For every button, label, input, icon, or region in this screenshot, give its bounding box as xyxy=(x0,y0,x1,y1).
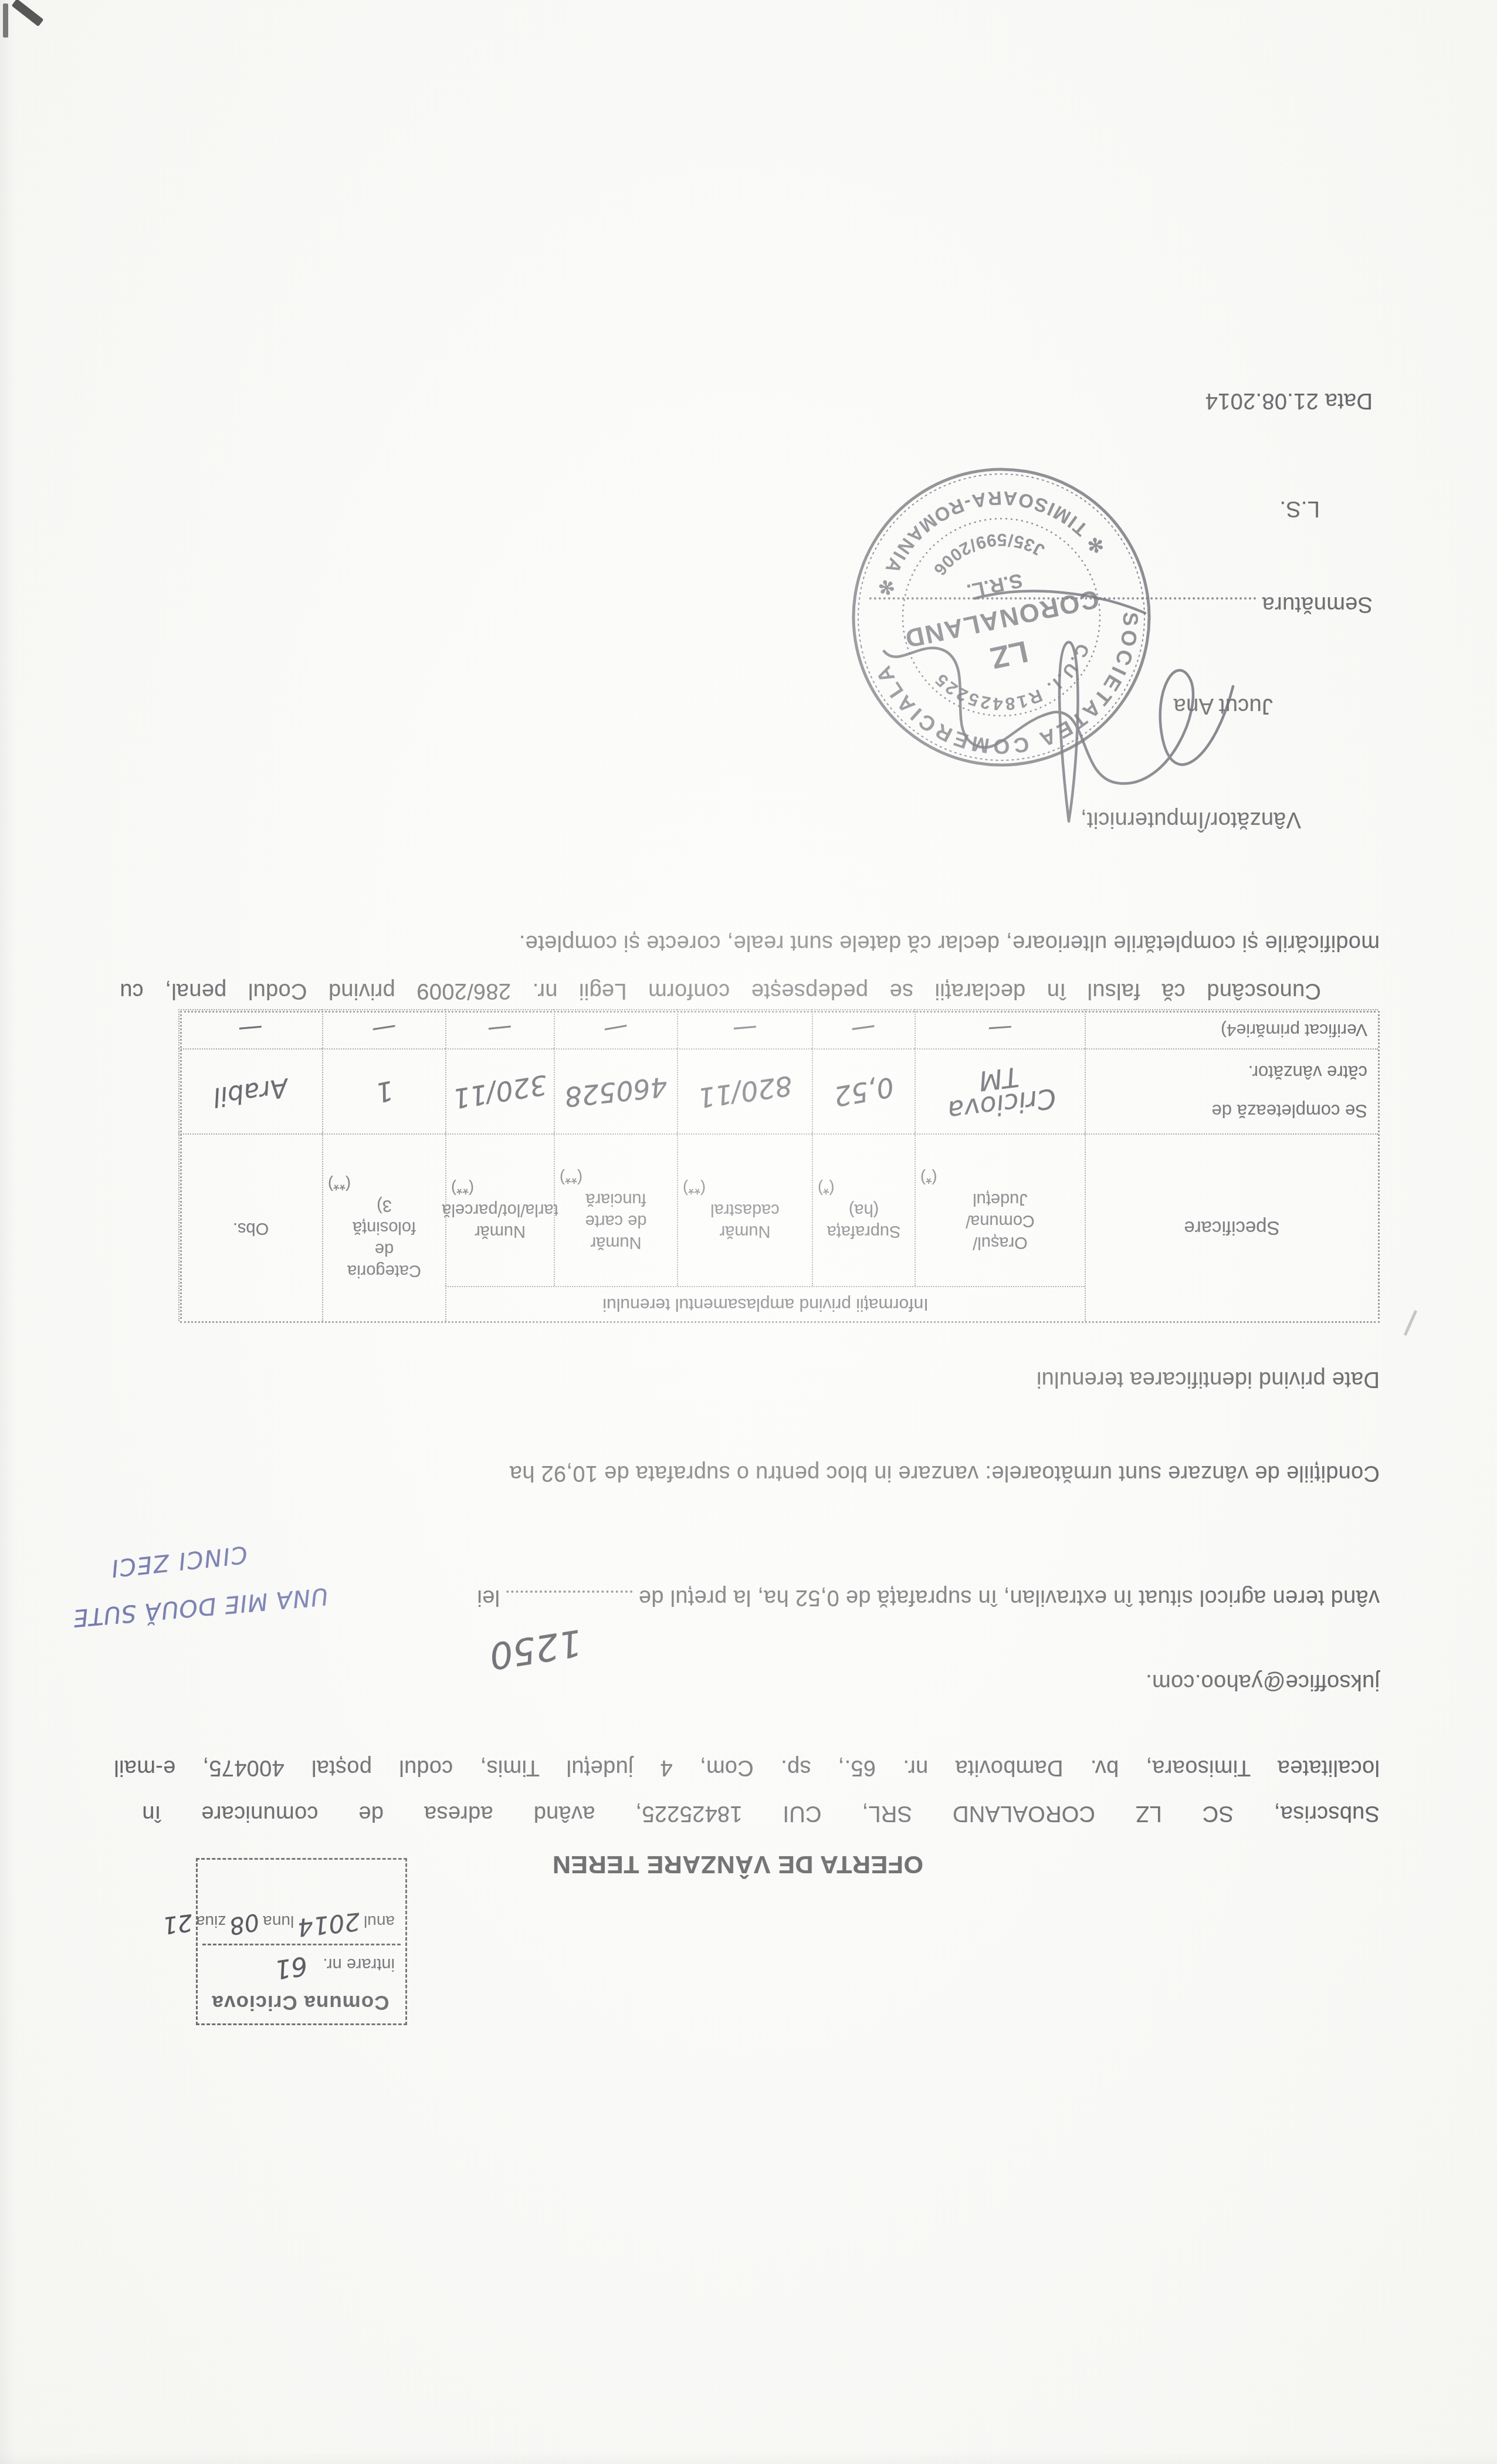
price-handwritten: 1250 xyxy=(486,1621,584,1678)
handwritten-dash: — xyxy=(601,1011,631,1047)
table-header-obs: Obs. xyxy=(178,1133,322,1321)
table-header-orasul-note: (*) xyxy=(916,1167,937,1188)
table-banner-amplasament: Informații privind amplasamentul terenul… xyxy=(445,1286,1085,1321)
registration-stamp-box: Comuna Criciova intrare nr. 61 anul 2014… xyxy=(196,1858,407,2025)
registration-year-handwritten: 2014 xyxy=(296,1907,361,1942)
handwritten-suprafata: 0,52 xyxy=(831,1069,896,1114)
ls-label: L.S. xyxy=(1279,496,1320,521)
table-row-seller-comuna-value: Criciova TM xyxy=(915,1048,1085,1133)
handwritten-categoria: 1 xyxy=(372,1073,397,1111)
land-identification-table: Specificare Informații privind amplasame… xyxy=(180,1011,1380,1323)
table-header-tarla-lot-parcela: Număr tarla/lot/parcelă (**) xyxy=(445,1133,554,1286)
table-row-primarie-cadastral: — xyxy=(677,1009,812,1048)
registration-entry-number-handwritten: 61 xyxy=(273,1950,310,1984)
table-header-categoria-label: Categoria de folosință 3) xyxy=(347,1194,421,1281)
table-header-numar-cadastral: Număr cadastral (**) xyxy=(677,1133,812,1286)
table-header-specificare: Specificare xyxy=(1085,1133,1378,1321)
document-content-rotated-180: Comuna Criciova intrare nr. 61 anul 2014… xyxy=(0,0,1497,2464)
sale-conditions-line: Condițiile de vânzare sunt următoarele: … xyxy=(510,1460,1380,1485)
table-header-categoria-note: (**) xyxy=(323,1175,351,1195)
handwritten-tarla: 320/11 xyxy=(451,1067,550,1116)
table-row-seller-cf-value: 460528 xyxy=(554,1048,677,1133)
handwritten-dash: — xyxy=(237,1013,265,1046)
table-header-cf-label: Număr de carte funciară xyxy=(585,1188,647,1253)
handwritten-cadastral: 820/11 xyxy=(696,1068,794,1115)
table-header-suprafata: Suprafața (ha) (*) xyxy=(812,1133,915,1286)
declaration-line-1: Cunoscând că falsul în declarații se ped… xyxy=(120,978,1321,1003)
intro-email-line: juksoffice@yahoo.com. xyxy=(1146,1669,1380,1694)
registration-month-label: luna xyxy=(263,1912,294,1931)
sale-sentence: vând teren agricol situat în extravilan,… xyxy=(477,1585,1380,1610)
registration-day-handwritten: 21 xyxy=(161,1908,194,1939)
handwritten-dash: — xyxy=(486,1013,514,1047)
registration-year-label: anul xyxy=(364,1912,395,1931)
table-header-carte-funciara: Număr de carte funciară (**) xyxy=(554,1133,677,1286)
table-header-cf-note: (**) xyxy=(555,1167,582,1188)
stamp-center-srl: S.R.L. xyxy=(964,569,1024,603)
table-header-orasul-comuna-judetul: Orașul/ Comuna/ Județul (*) xyxy=(915,1133,1085,1286)
registration-entry-line: intrare nr. 61 xyxy=(206,1952,395,1982)
scanned-document-page: Comuna Criciova intrare nr. 61 anul 2014… xyxy=(0,0,1497,2464)
registration-month-handwritten: 08 xyxy=(228,1908,262,1940)
sale-sentence-after: lei xyxy=(477,1585,500,1610)
stamp-center-lz: LZ xyxy=(987,634,1031,675)
table-row-primarie-categoria: — xyxy=(322,1009,445,1048)
table-row-seller-categoria-value: 1 xyxy=(322,1048,445,1133)
table-header-orasul-label: Orașul/ Comuna/ Județul xyxy=(966,1188,1035,1253)
price-in-words-line-2: CINCI ZECI xyxy=(109,1541,249,1582)
handwritten-cf: 460528 xyxy=(563,1069,669,1114)
stamp-inner-bottom-text: J35/599/2006 xyxy=(923,519,1051,583)
table-row-seller-obs-value: Arabil xyxy=(178,1048,322,1133)
table-header-tarla-note: (**) xyxy=(446,1179,474,1199)
price-blank-dotted-line xyxy=(506,1590,632,1610)
table-row-seller-tarla-value: 320/11 xyxy=(445,1048,554,1133)
table-row-primarie-suprafata: — xyxy=(812,1009,915,1048)
table-row-primarie-obs: — xyxy=(178,1009,322,1048)
declaration-line-2: modificările și completările ulterioare,… xyxy=(519,930,1380,955)
handwritten-comuna: Criciova TM xyxy=(943,1060,1058,1123)
registration-date-line: anul 2014 luna 08 ziua 21 xyxy=(206,1910,395,1939)
table-header-cadastral-note: (**) xyxy=(678,1179,706,1199)
table-row-seller-suprafata-value: 0,52 xyxy=(812,1048,915,1133)
sale-sentence-before: vând teren agricol situat în extravilan,… xyxy=(639,1585,1380,1610)
handwritten-dash: — xyxy=(731,1013,759,1046)
registration-box-divider xyxy=(202,1944,401,1945)
table-header-cadastral-label: Număr cadastral xyxy=(710,1199,780,1242)
date-line: Data 21.08.2014 xyxy=(1205,388,1373,413)
table-header-tarla-label: Număr tarla/lot/parcelă xyxy=(442,1199,558,1242)
handwritten-dash: — xyxy=(370,1012,399,1047)
table-row-seller-cadastral-value: 820/11 xyxy=(677,1048,812,1133)
intro-line-2: localitatea Timisoara, bv. Dambovita nr.… xyxy=(114,1755,1380,1780)
table-row-primarie-label: Verificat primărie4) xyxy=(1085,1009,1378,1048)
signature-label: Semnătura xyxy=(1262,592,1373,617)
table-row-primarie-cf: — xyxy=(554,1009,677,1048)
scan-artifact-edge-sliver xyxy=(3,4,8,38)
table-row-primarie-comuna: — xyxy=(915,1009,1085,1048)
table-row-primarie-tarla: — xyxy=(445,1009,554,1048)
handwritten-obs: Arabil xyxy=(211,1070,290,1113)
table-header-suprafata-label: Suprafața (ha) xyxy=(827,1199,901,1242)
handwritten-dash: — xyxy=(987,1013,1014,1046)
registration-day-label: ziua xyxy=(196,1912,226,1931)
intro-line-1: Subscrisa, SC LZ COROALAND SRL, CUI 1842… xyxy=(142,1800,1380,1826)
svg-text:J35/599/2006: J35/599/2006 xyxy=(923,519,1051,583)
document-title: OFERTA DE VÂNZARE TEREN xyxy=(552,1850,923,1879)
table-header-categoria: Categoria de folosință 3) (**) xyxy=(322,1133,445,1321)
registration-commune: Comuna Criciova xyxy=(206,1991,395,2014)
price-in-words-line-1: UNA MIE DOUĂ SUTE xyxy=(72,1582,329,1632)
land-identification-heading: Date privind identificarea terenului xyxy=(1037,1366,1380,1392)
handwritten-dash: — xyxy=(849,1012,878,1047)
table-header-suprafata-note: (*) xyxy=(813,1179,835,1199)
table-row-seller-label: Se completează de către vânzător. xyxy=(1085,1048,1378,1133)
company-round-stamp: SOCIETATEA COMERCIALA ✻ TIMISOARA-ROMANI… xyxy=(814,429,1189,805)
registration-entry-label: intrare nr. xyxy=(323,1955,395,1974)
